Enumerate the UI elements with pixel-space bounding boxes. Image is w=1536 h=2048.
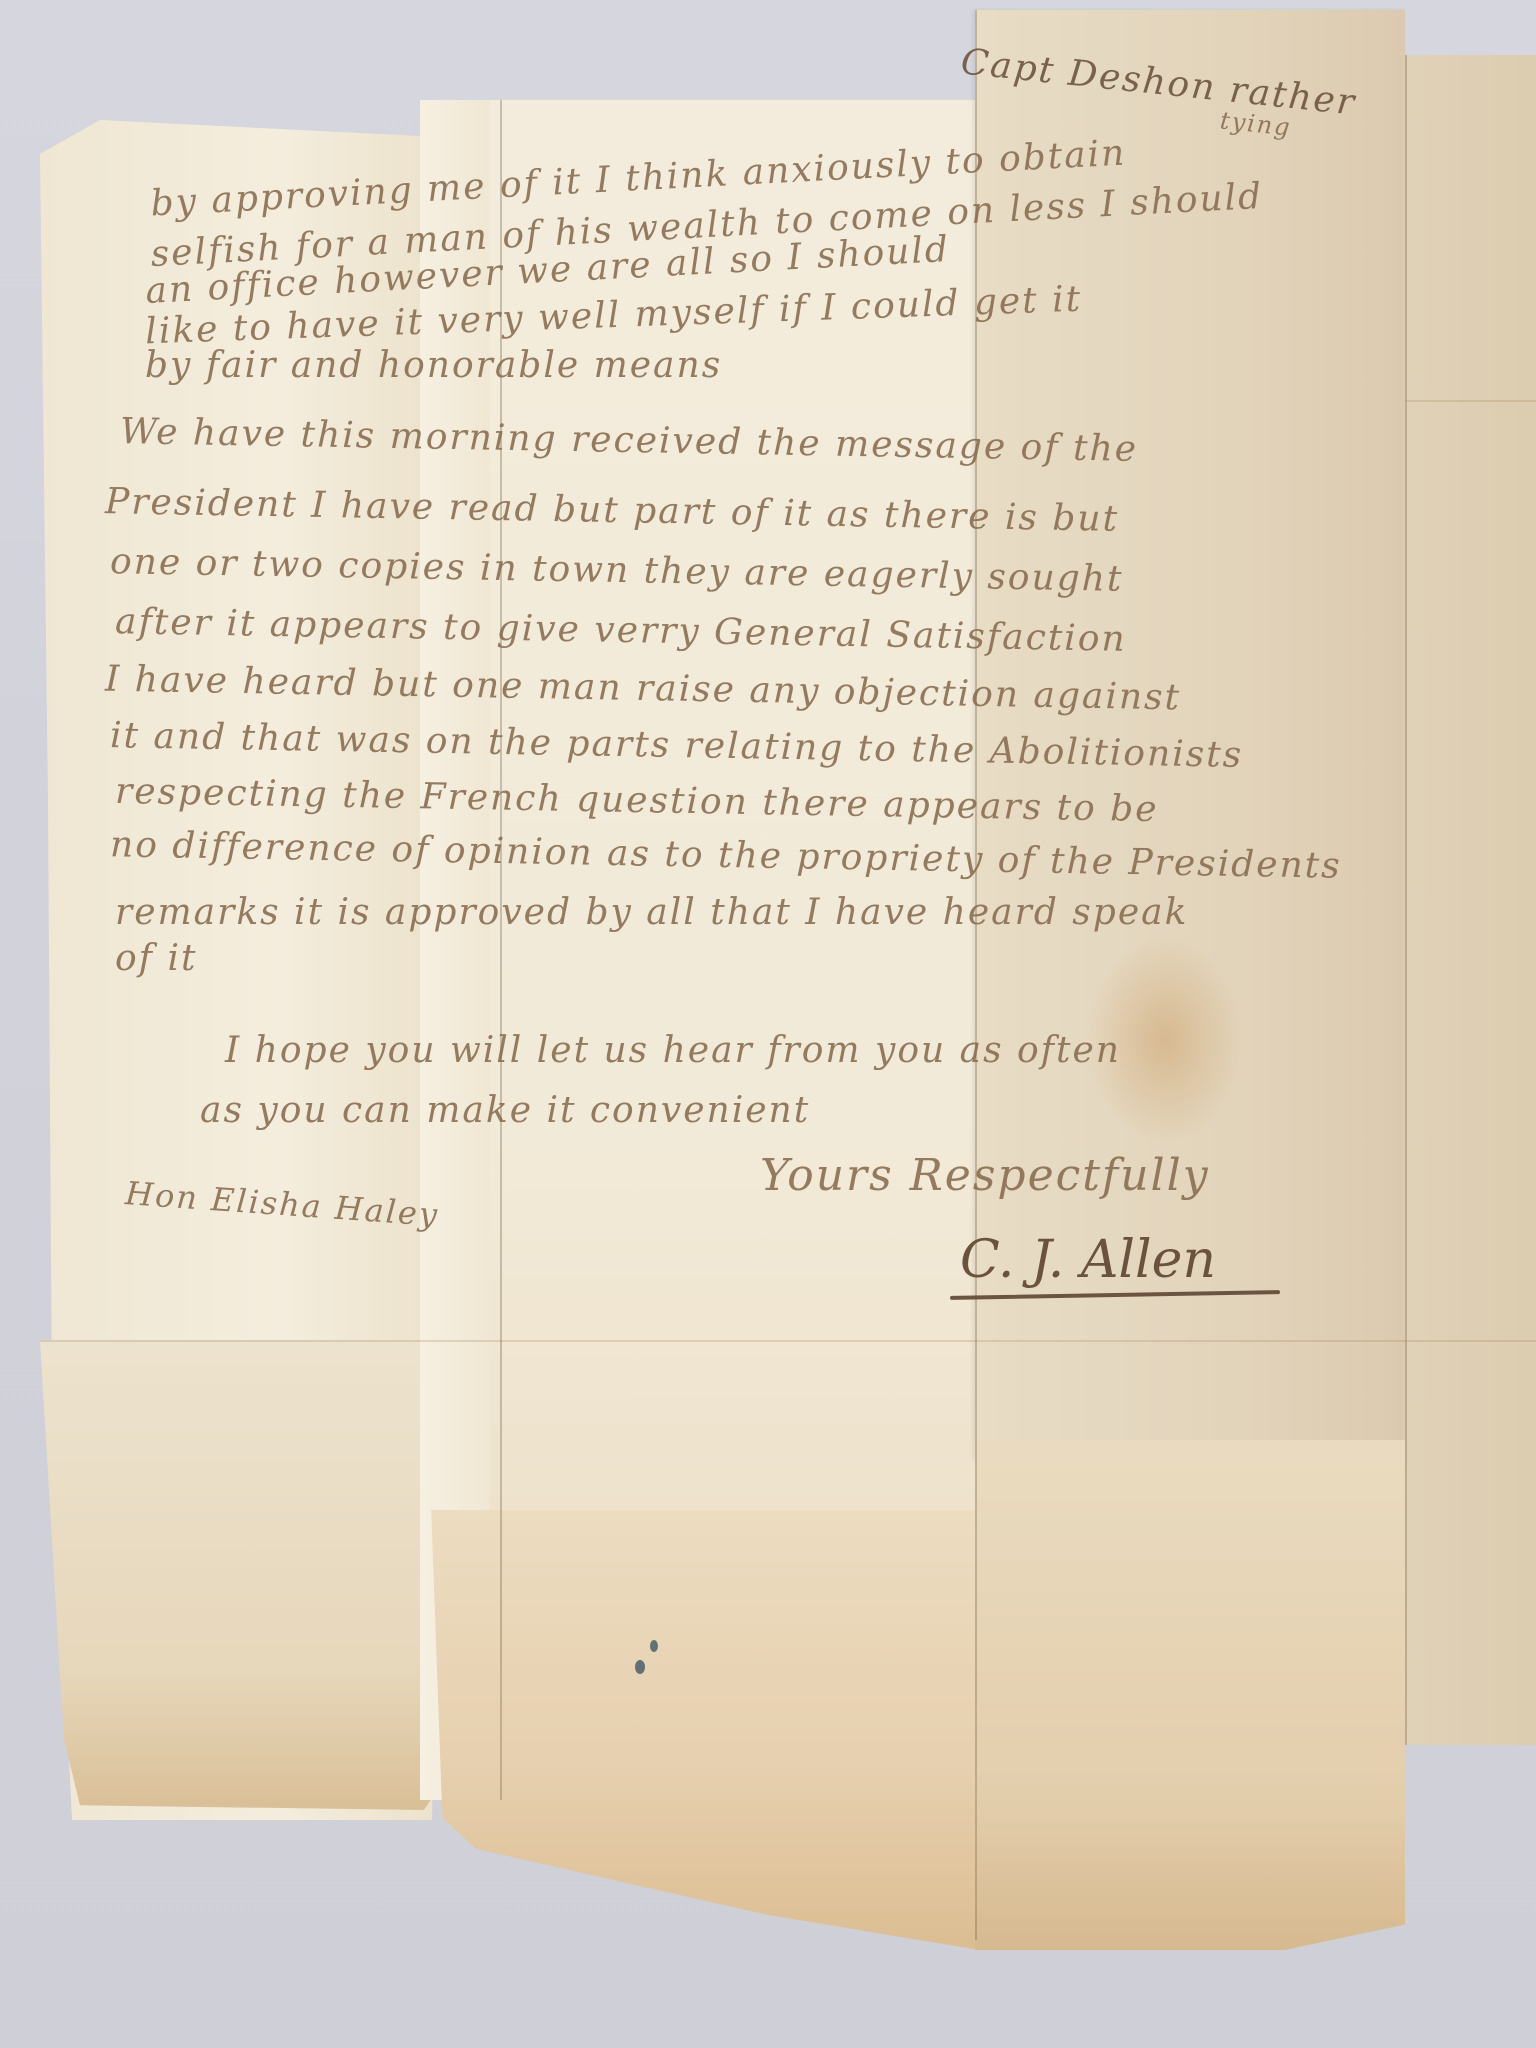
- paper-panel-center-bottom: [420, 1510, 980, 1950]
- paper-panel-far-right: [1405, 55, 1536, 1745]
- letter-photo: Capt Deshon rather tying by approving me…: [0, 0, 1536, 2048]
- paper-panel-right-bottom: [975, 1440, 1405, 1950]
- ink-spot: [635, 1660, 645, 1674]
- paper-panel-left-bottom: [40, 1340, 440, 1810]
- fold-line: [1405, 55, 1407, 1745]
- fold-line: [40, 1340, 1536, 1342]
- letter-line: remarks it is approved by all that I hav…: [115, 892, 1188, 933]
- ink-spot: [650, 1640, 658, 1652]
- letter-line: of it: [115, 938, 197, 979]
- signature: C. J. Allen: [960, 1230, 1216, 1290]
- closing: Yours Respectfully: [760, 1150, 1210, 1201]
- letter-line: I hope you will let us hear from you as …: [225, 1030, 1121, 1071]
- letter-line: as you can make it convenient: [200, 1090, 810, 1131]
- letter-line: by fair and honorable means: [145, 345, 722, 386]
- fold-line: [1405, 400, 1536, 402]
